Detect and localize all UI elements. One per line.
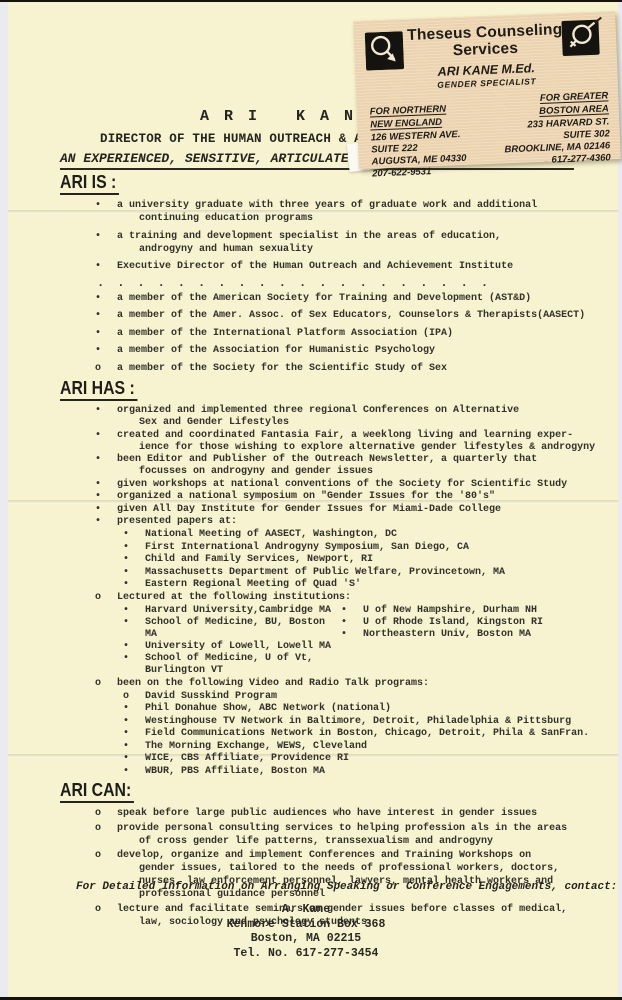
item-text: Westinghouse TV Network in Baltimore, De… [145,716,616,728]
footer-address-line: Tel. No. 617-277-3454 [8,947,604,962]
business-card: Theseus Counseling Services ARI KANE M.E… [353,11,620,169]
bullet-icon: • [95,327,117,340]
list-item: ospeak before large public audiences who… [95,807,616,820]
item-text: Field Communications Network in Boston, … [145,728,616,740]
item-line: U of Rhode Island, Kingston RI [363,617,616,629]
item-text: U of Rhode Island, Kingston RI [363,617,616,629]
item-line: National Meeting of AASECT, Washington, … [145,529,616,541]
item-line: Harvard University,Cambridge MA [145,605,341,617]
list-item: •University of Lowell, Lowell MA [123,641,341,653]
bullet-icon: • [95,405,117,429]
item-text: Eastern Regional Meeting of Quad 'S' [145,579,616,591]
bullet-icon: • [123,542,145,554]
list-item: •Northeastern Univ, Boston MA [341,629,616,641]
item-text: speak before large public audiences who … [117,807,616,820]
item-line: created and coordinated Fantasia Fair, a… [117,430,616,442]
list-item: obeen on the following Video and Radio T… [95,678,616,779]
bullet-icon: o [95,849,117,901]
footer-address-line: Kenmore Station Box 368 [8,918,604,933]
list-item: •a member of the Association for Humanis… [95,344,616,357]
bullet-icon: • [95,516,117,592]
item-line: a university graduate with three years o… [117,199,616,212]
list-item: •Westinghouse TV Network in Baltimore, D… [123,716,616,728]
list-item: •created and coordinated Fantasia Fair, … [95,430,616,454]
bullet-icon: • [123,617,145,641]
bullet-icon: • [123,529,145,541]
bullet-icon: • [95,491,117,503]
item-line: a member of the Association for Humanist… [117,344,616,357]
list-item: •given All Day Institute for Gender Issu… [95,504,616,516]
bullet-list: •organized and implemented three regiona… [95,405,616,778]
card-address-right: FOR GREATER BOSTON AREA 233 HARVARD ST. … [502,90,611,175]
item-line: continuing education programs [139,212,616,225]
bullet-icon: o [123,691,145,703]
item-line: given workshops at national conventions … [117,479,616,491]
item-text: given All Day Institute for Gender Issue… [117,504,616,516]
scan-edge-top [0,0,622,2]
item-text: Massachusetts Department of Public Welfa… [145,567,616,579]
item-text: Child and Family Services, Newport, RI [145,554,616,566]
list-item: •a university graduate with three years … [95,199,616,225]
bullet-icon: • [95,292,117,305]
list-item: oDavid Susskind Program [123,691,616,703]
item-line: a member of the International Platform A… [117,327,616,340]
footer-contact-line: For Detailed Information on Arranging Sp… [76,881,617,893]
list-item: •given workshops at national conventions… [95,479,616,491]
item-text: David Susskind Program [145,691,616,703]
bullet-list: •a university graduate with three years … [95,199,616,375]
item-line: Executive Director of the Human Outreach… [117,260,616,273]
section-ari-is: ARI IS :•a university graduate with thre… [60,173,616,375]
item-line: Sex and Gender Lifestyles [139,417,616,429]
bullet-icon: • [95,454,117,478]
section-heading: ARI CAN: [60,781,134,803]
item-line: First International Androgyny Symposium,… [145,542,616,554]
item-text: Phil Donahue Show, ABC Network (national… [145,703,616,715]
list-item: •a member of the American Society for Tr… [95,292,616,305]
item-text: a member of the Amer. Assoc. of Sex Educ… [117,309,616,322]
item-line: presented papers at: [117,516,616,528]
footer-address: A. Kane Kenmore Station Box 368 Boston, … [8,903,604,961]
section-heading: ARI HAS : [60,379,137,401]
bullet-icon: • [95,309,117,322]
item-text: created and coordinated Fantasia Fair, a… [117,430,616,454]
item-text: a university graduate with three years o… [117,199,616,225]
item-line: University of Lowell, Lowell MA [145,641,341,653]
bullet-icon: • [123,653,145,677]
male-symbol-icon [365,31,404,70]
list-item: •Phil Donahue Show, ABC Network (nationa… [123,703,616,715]
item-line: a training and development specialist in… [117,230,616,243]
list-item: •WBUR, PBS Affiliate, Boston MA [123,766,616,778]
director-line: DIRECTOR OF THE HUMAN OUTREACH & A [100,132,362,146]
footer-address-line: A. Kane [8,903,604,918]
bullet-icon: o [95,807,117,820]
two-column-list: •Harvard University,Cambridge MA•School … [123,605,616,677]
bullet-icon: • [123,753,145,765]
bullet-icon: o [95,822,117,848]
sub-list: oDavid Susskind Program•Phil Donahue Sho… [123,691,616,778]
item-text: WBUR, PBS Affiliate, Boston MA [145,766,616,778]
list-item: odevelop, organize and implement Confere… [95,849,616,901]
item-text: National Meeting of AASECT, Washington, … [145,529,616,541]
page-title: A R I K A N [200,108,356,125]
item-text: U of New Hampshire, Durham NH [363,605,616,617]
item-line: gender issues, tailored to the needs of … [139,862,616,875]
item-line: a member of the Society for the Scientif… [117,362,616,375]
bullet-icon: • [123,605,145,617]
document-page: A R I K A N DIRECTOR OF THE HUMAN OUTREA… [8,2,618,997]
item-text: Harvard University,Cambridge MA [145,605,341,617]
item-line: been on the following Video and Radio Ta… [117,678,616,690]
list-item: •organized and implemented three regiona… [95,405,616,429]
list-item: •Executive Director of the Human Outreac… [95,260,616,273]
item-line: of cross gender life patterns, transsexu… [139,835,616,848]
item-line: a member of the American Society for Tra… [117,292,616,305]
bullet-icon: • [95,504,117,516]
bullet-icon: o [95,592,117,677]
card-address-columns: FOR NORTHERN NEW ENGLAND 126 WESTERN AVE… [370,97,612,180]
bullet-icon: • [95,430,117,454]
item-text: Northeastern Univ, Boston MA [363,629,616,641]
list-item: •WICE, CBS Affiliate, Providence RI [123,753,616,765]
item-line: Massachusetts Department of Public Welfa… [145,567,616,579]
item-text: a member of the Association for Humanist… [117,344,616,357]
item-text: provide personal consulting services to … [117,822,616,848]
bullet-icon: • [123,567,145,579]
gender-symbol-icon [561,16,609,58]
item-line: School of Medicine, U of Vt, Burlington … [145,653,341,677]
list-item: •organized a national symposium on "Gend… [95,491,616,503]
item-text: WICE, CBS Affiliate, Providence RI [145,753,616,765]
item-text: Lectured at the following institutions:•… [117,592,616,677]
list-item: •Harvard University,Cambridge MA [123,605,341,617]
list-item: •Eastern Regional Meeting of Quad 'S' [123,579,616,591]
list-item: •presented papers at:•National Meeting o… [95,516,616,592]
bullet-icon: • [123,554,145,566]
item-line: Phil Donahue Show, ABC Network (national… [145,703,616,715]
list-item: •U of New Hampshire, Durham NH [341,605,616,617]
bullet-icon: • [123,766,145,778]
item-line: ience for those wishing to explore alter… [139,442,616,454]
item-line: WICE, CBS Affiliate, Providence RI [145,753,616,765]
bullet-icon: • [95,230,117,256]
list-item: •Field Communications Network in Boston,… [123,728,616,740]
item-line: Child and Family Services, Newport, RI [145,554,616,566]
item-text: develop, organize and implement Conferen… [117,849,616,901]
bullet-icon: • [341,629,363,641]
list-item: •a training and development specialist i… [95,230,616,256]
section-ari-has: ARI HAS :•organized and implemented thre… [60,379,616,778]
item-text: been on the following Video and Radio Ta… [117,678,616,779]
item-line: The Morning Exchange, WEWS, Cleveland [145,741,616,753]
item-text: organized a national symposium on "Gende… [117,491,616,503]
column-right: •U of New Hampshire, Durham NH•U of Rhod… [341,605,616,677]
sections: ARI IS :•a university graduate with thre… [60,173,616,932]
section-heading: ARI IS : [60,173,119,195]
sub-list: •National Meeting of AASECT, Washington,… [123,529,616,591]
list-item: •been Editor and Publisher of the Outrea… [95,454,616,478]
item-text: First International Androgyny Symposium,… [145,542,616,554]
item-text: organized and implemented three regional… [117,405,616,429]
item-text: given workshops at national conventions … [117,479,616,491]
item-text: a training and development specialist in… [117,230,616,256]
list-item: •Massachusetts Department of Public Welf… [123,567,616,579]
bullet-icon: • [95,479,117,491]
list-item: •Child and Family Services, Newport, RI [123,554,616,566]
list-item: oprovide personal consulting services to… [95,822,616,848]
item-line: David Susskind Program [145,691,616,703]
item-line: Westinghouse TV Network in Baltimore, De… [145,716,616,728]
bullet-icon: • [123,703,145,715]
item-line: been Editor and Publisher of the Outreac… [117,454,616,466]
item-line: a member of the Amer. Assoc. of Sex Educ… [117,309,616,322]
list-item: oLectured at the following institutions:… [95,592,616,677]
bullet-icon: • [123,716,145,728]
item-text: a member of the Society for the Scientif… [117,362,616,375]
item-text: School of Medicine, BU, Boston MA [145,617,341,641]
list-item: oa member of the Society for the Scienti… [95,362,616,375]
item-line: develop, organize and implement Conferen… [117,849,616,862]
item-text: The Morning Exchange, WEWS, Cleveland [145,741,616,753]
list-item: •The Morning Exchange, WEWS, Cleveland [123,741,616,753]
bullet-icon: • [341,605,363,617]
bullet-icon: • [123,741,145,753]
list-item: •School of Medicine, BU, Boston MA [123,617,341,641]
item-line: speak before large public audiences who … [117,807,616,820]
bullet-icon: • [95,260,117,273]
tagline-left: AN EXPERIENCED, SENSITIVE, ARTICULATE [60,151,349,166]
column-left: •Harvard University,Cambridge MA•School … [123,605,341,677]
bullet-icon: • [123,728,145,740]
item-text: Executive Director of the Human Outreach… [117,260,616,273]
footer-address-line: Boston, MA 02215 [8,932,604,947]
bullet-icon: • [123,579,145,591]
list-item: •a member of the Amer. Assoc. of Sex Edu… [95,309,616,322]
list-item: •National Meeting of AASECT, Washington,… [123,529,616,541]
item-line: organized a national symposium on "Gende… [117,491,616,503]
item-line: Lectured at the following institutions: [117,592,616,604]
item-text: School of Medicine, U of Vt, Burlington … [145,653,341,677]
item-line: organized and implemented three regional… [117,405,616,417]
bullet-icon: o [95,362,117,375]
list-item: •School of Medicine, U of Vt, Burlington… [123,653,341,677]
list-item: •U of Rhode Island, Kingston RI [341,617,616,629]
item-line: Eastern Regional Meeting of Quad 'S' [145,579,616,591]
item-text: been Editor and Publisher of the Outreac… [117,454,616,478]
item-line: Northeastern Univ, Boston MA [363,629,616,641]
item-line: focusses on androgyny and gender issues [139,466,616,478]
item-text: a member of the International Platform A… [117,327,616,340]
item-line: provide personal consulting services to … [117,822,616,835]
item-line: U of New Hampshire, Durham NH [363,605,616,617]
bullet-icon: • [123,641,145,653]
item-text: presented papers at:•National Meeting of… [117,516,616,592]
bullet-icon: • [95,199,117,225]
list-item: •First International Androgyny Symposium… [123,542,616,554]
item-line: WBUR, PBS Affiliate, Boston MA [145,766,616,778]
bullet-icon: • [95,344,117,357]
bullet-icon: • [341,617,363,629]
item-line: Field Communications Network in Boston, … [145,728,616,740]
list-item: •a member of the International Platform … [95,327,616,340]
item-line: School of Medicine, BU, Boston MA [145,617,341,641]
item-text: a member of the American Society for Tra… [117,292,616,305]
item-line: given All Day Institute for Gender Issue… [117,504,616,516]
bullet-icon: o [95,678,117,779]
item-text: University of Lowell, Lowell MA [145,641,341,653]
card-address-left: FOR NORTHERN NEW ENGLAND 126 WESTERN AVE… [370,103,468,181]
item-line: androgyny and human sexuality [139,243,616,256]
dotted-separator: .................... [97,278,616,289]
